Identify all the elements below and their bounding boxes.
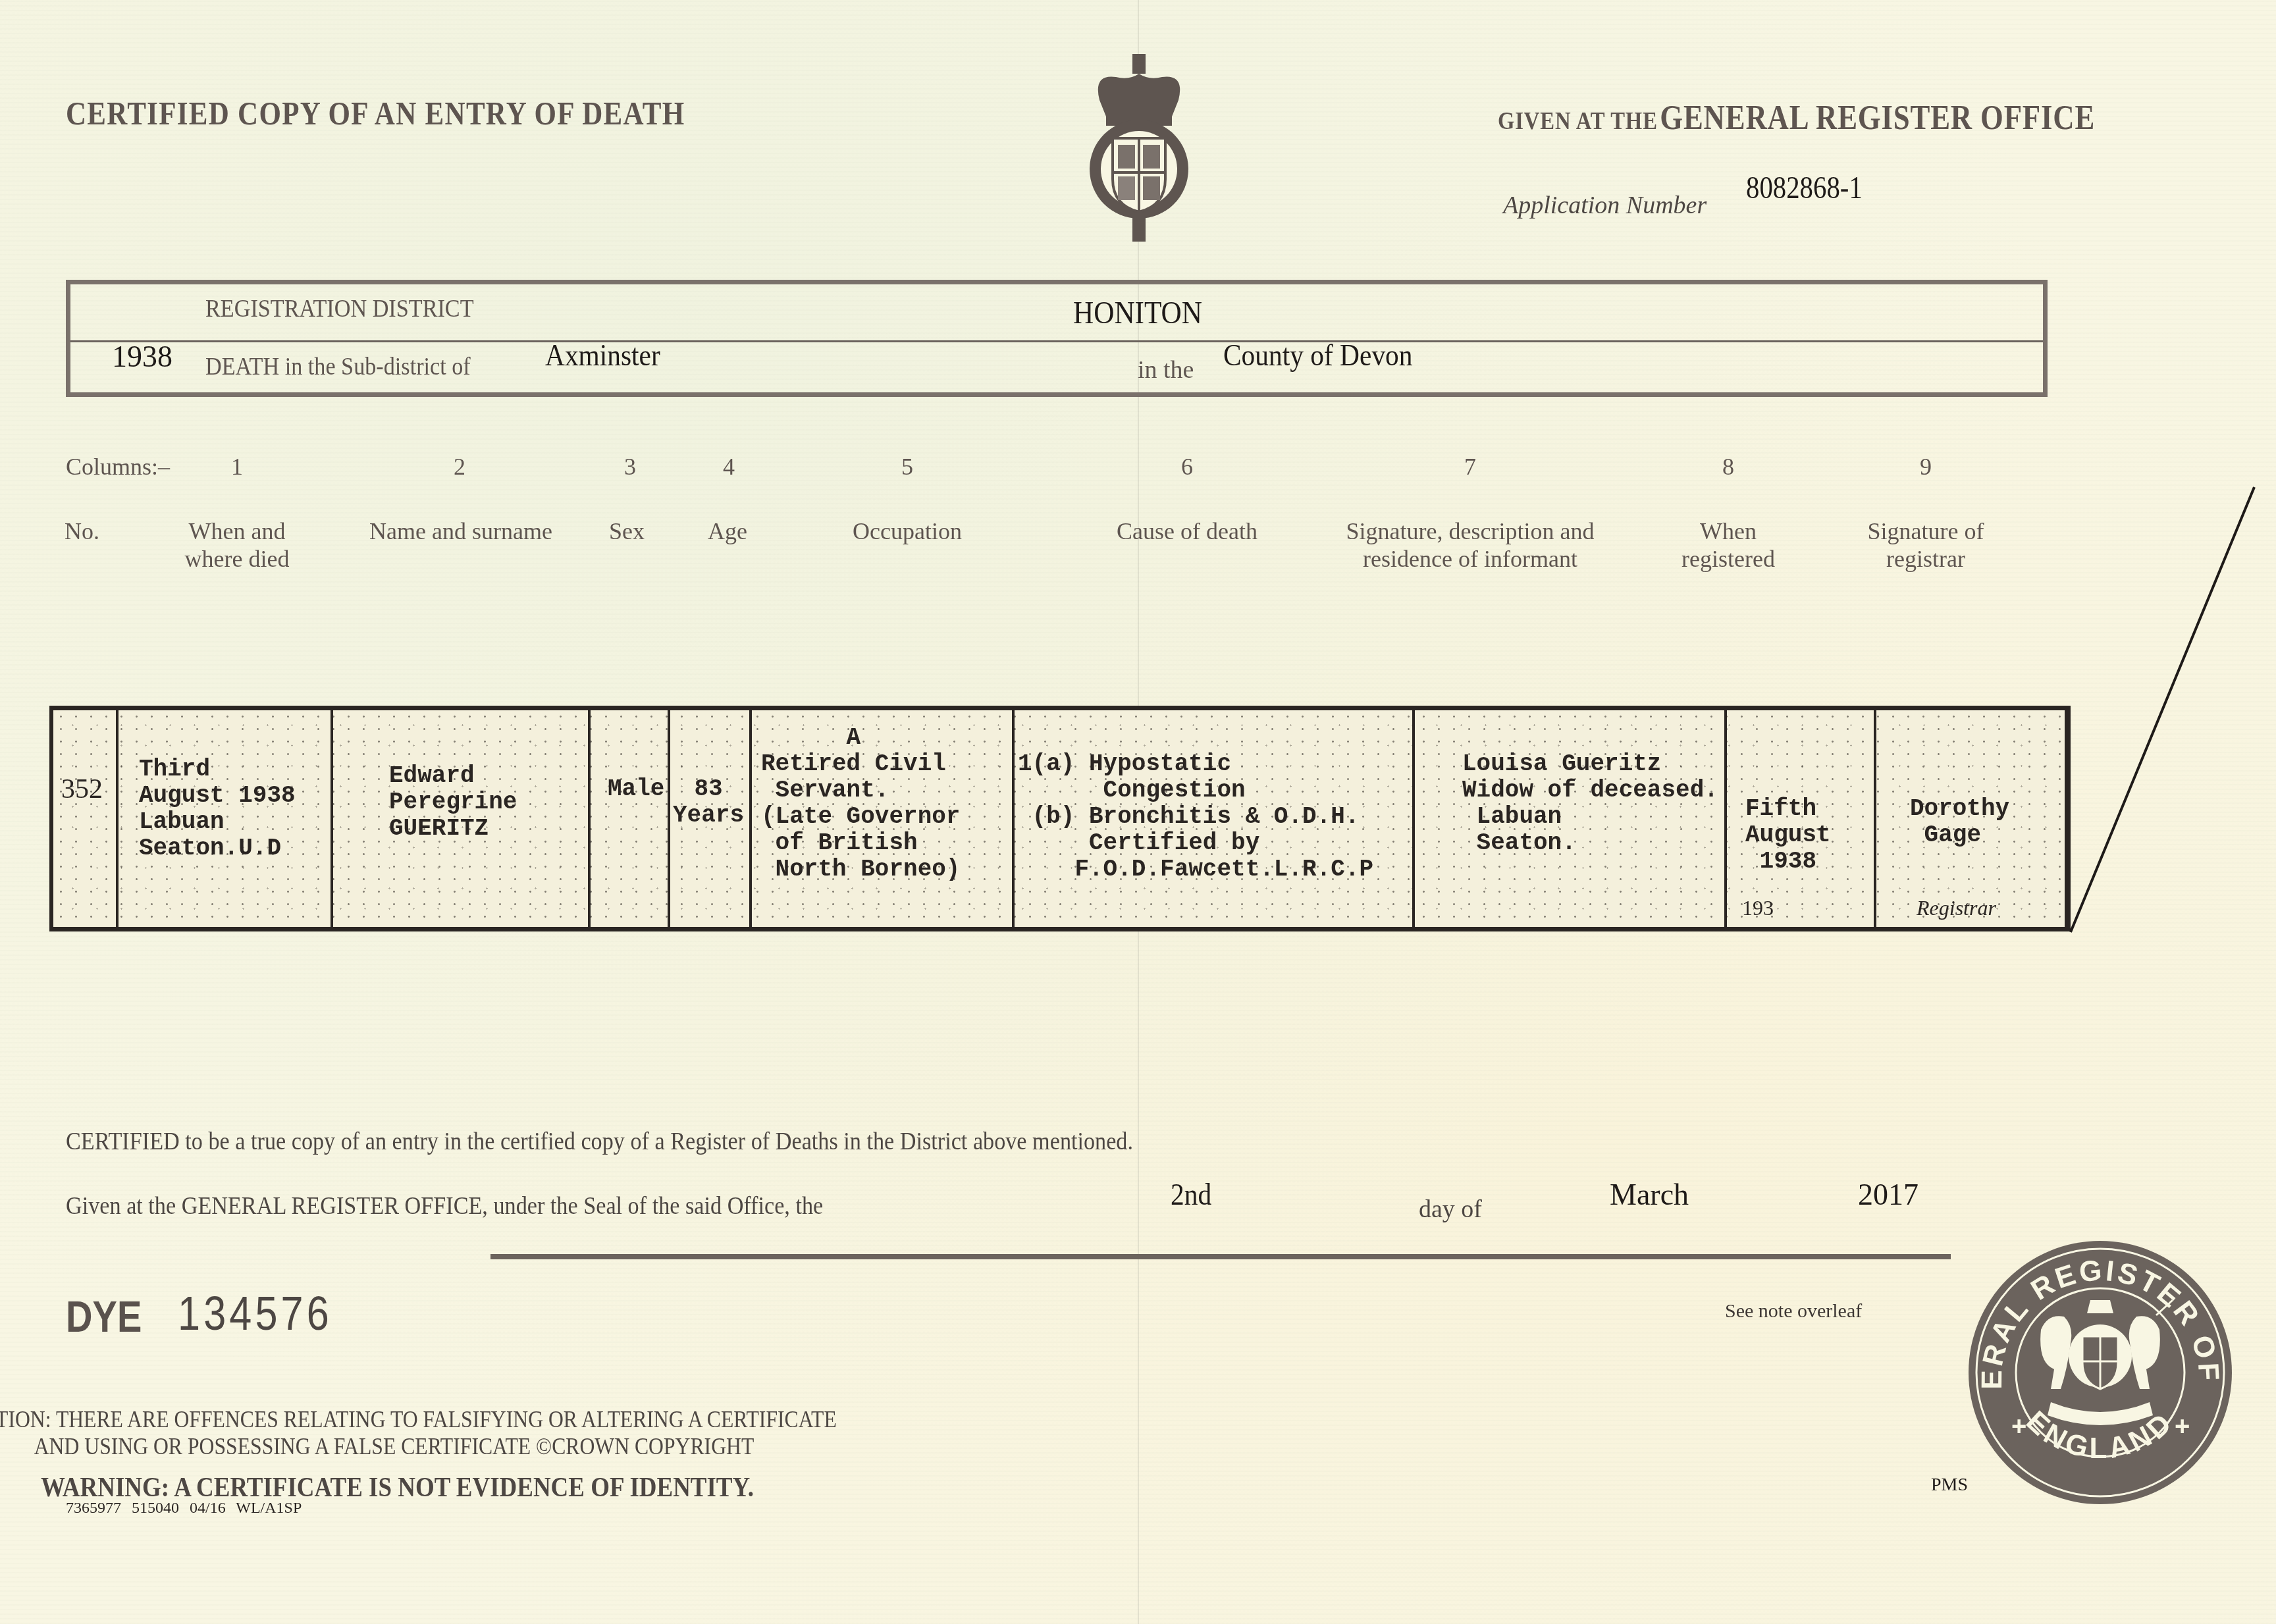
given-at-statement: Given at the GENERAL REGISTER OFFICE, un… — [66, 1192, 823, 1220]
day-of-label: day of — [1419, 1195, 1482, 1224]
general-register-office-seal-icon: GENERAL REGISTER OFFICE ENGLAND + + — [1965, 1238, 2235, 1507]
serial-prefix: DYE — [66, 1292, 142, 1342]
signature-rule — [490, 1254, 1951, 1259]
issue-day: 2nd — [1171, 1177, 1211, 1212]
caution-line-2: AND USING OR POSSESSING A FALSE CERTIFIC… — [0, 1432, 1396, 1460]
serial-number: 134576 — [178, 1287, 332, 1341]
entry-closing-diagonal-line — [0, 0, 2276, 1624]
issue-month: March — [1610, 1177, 1689, 1212]
issue-year: 2017 — [1858, 1177, 1919, 1212]
see-note-overleaf: See note overleaf — [1725, 1300, 1862, 1323]
caution-line-1: CAUTION: THERE ARE OFFENCES RELATING TO … — [0, 1405, 1396, 1433]
form-code: 7365977 515040 04/16 WL/A1SP — [66, 1500, 302, 1517]
identity-warning: WARNING: A CERTIFICATE IS NOT EVIDENCE O… — [0, 1472, 1399, 1504]
pms-mark: PMS — [1931, 1475, 1968, 1496]
certified-statement: CERTIFIED to be a true copy of an entry … — [66, 1127, 1133, 1156]
svg-text:+: + — [2011, 1412, 2026, 1441]
svg-text:+: + — [2175, 1412, 2190, 1441]
